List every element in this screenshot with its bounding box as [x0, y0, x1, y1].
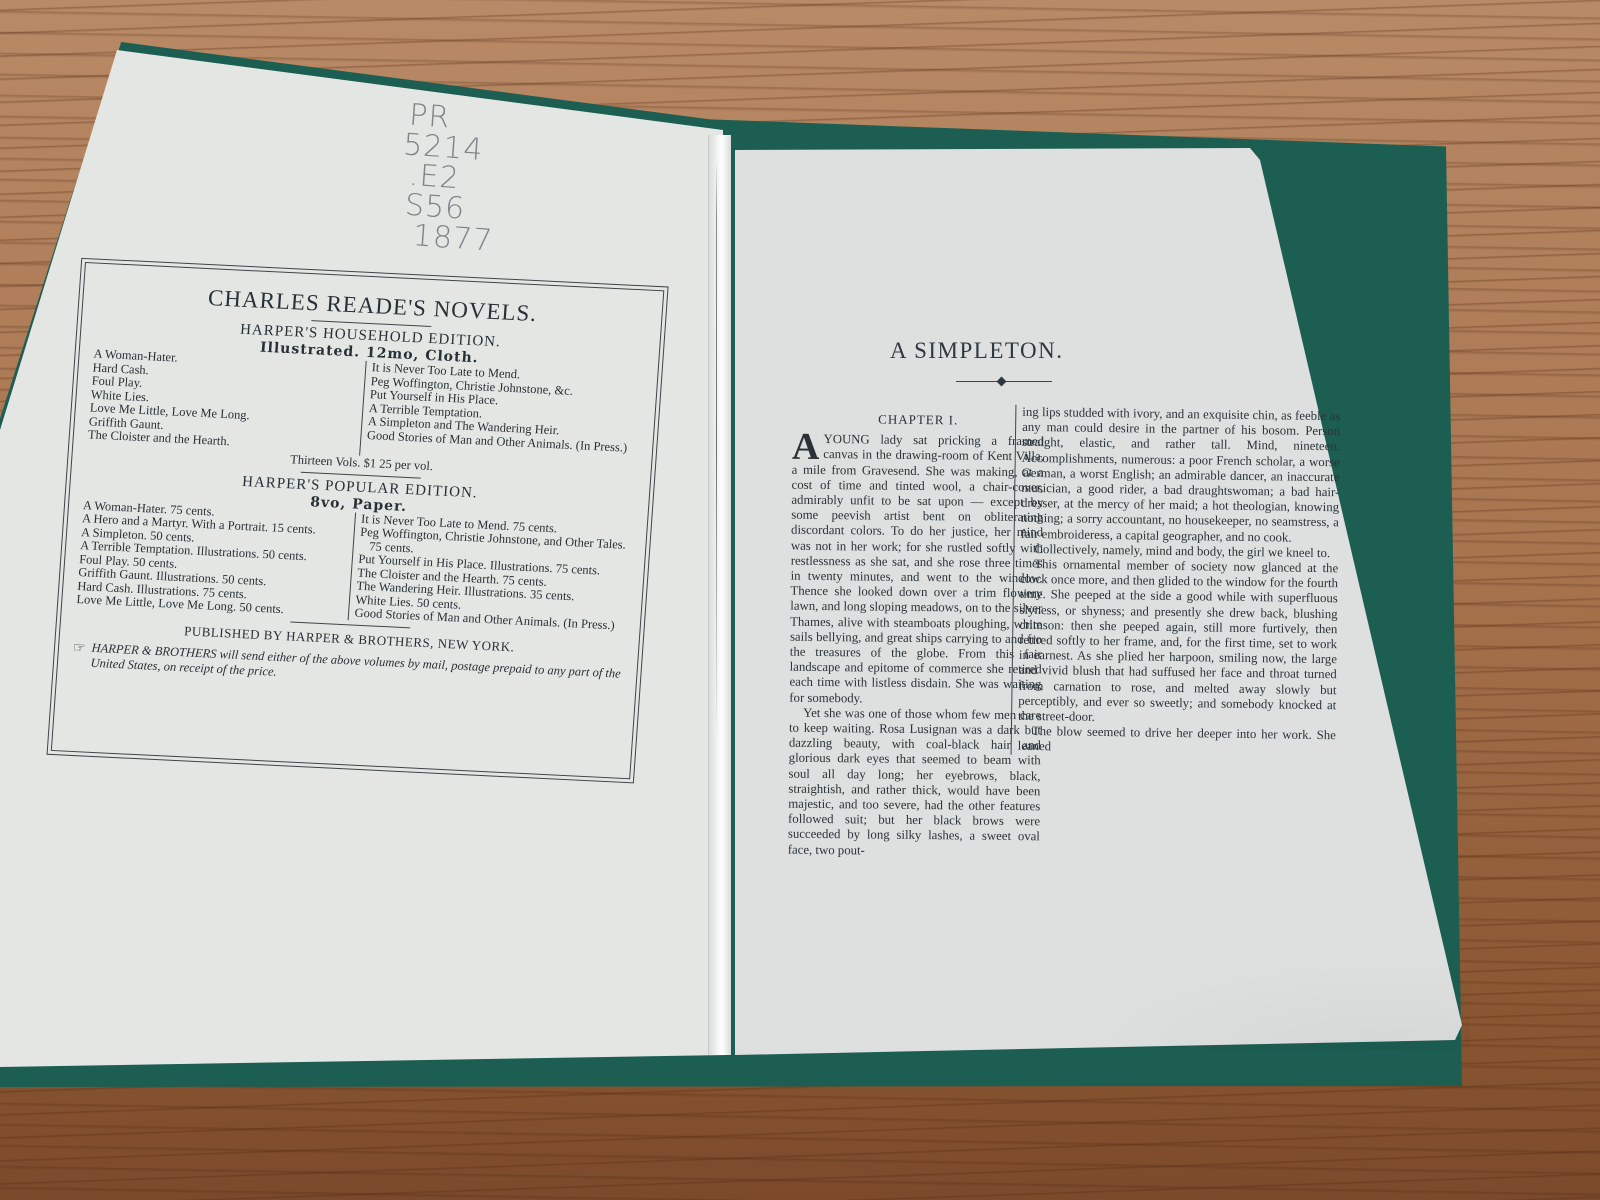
- paragraph-text: YOUNG lady sat pricking a framed canvas …: [789, 432, 1044, 705]
- page-shadow: [1050, 950, 1470, 1050]
- chapter-left-column: CHAPTER I. A YOUNG lady sat pricking a f…: [788, 411, 1045, 861]
- pointing-hand-icon: ☞: [72, 639, 87, 670]
- publisher-advertisement: CHARLES READE'S NOVELS. HARPER'S HOUSEHO…: [51, 262, 664, 779]
- chapter-heading: CHAPTER I.: [792, 411, 1044, 429]
- call-number-line: 1877: [412, 221, 502, 257]
- drop-cap: A: [792, 432, 820, 462]
- paragraph: The blow seemed to drive her deeper into…: [1018, 724, 1336, 759]
- library-call-number: PR 5214 .E2 S56 1877: [400, 101, 510, 258]
- paragraph: A YOUNG lady sat pricking a framed canva…: [789, 432, 1044, 708]
- popular-left-column: A Woman-Hater. 75 cents. A Hero and a Ma…: [76, 499, 355, 620]
- binding-thread: [716, 160, 717, 740]
- popular-right-column: It is Never Too Late to Mend. 75 cents. …: [347, 512, 633, 633]
- household-left-column: A Woman-Hater. Hard Cash. Foul Play. Whi…: [87, 348, 365, 456]
- household-right-column: It is Never Too Late to Mend. Peg Woffin…: [359, 361, 644, 469]
- paragraph: Yet she was one of those whom few men ca…: [788, 706, 1042, 861]
- book-spine-gutter: [708, 135, 731, 1055]
- book-title: A SIMPLETON.: [890, 338, 1064, 364]
- chapter-right-column: ing lips studded with ivory, and an exqu…: [1011, 405, 1341, 759]
- paragraph: ing lips studded with ivory, and an exqu…: [1021, 405, 1341, 546]
- paragraph: This ornamental member of society now gl…: [1018, 557, 1338, 729]
